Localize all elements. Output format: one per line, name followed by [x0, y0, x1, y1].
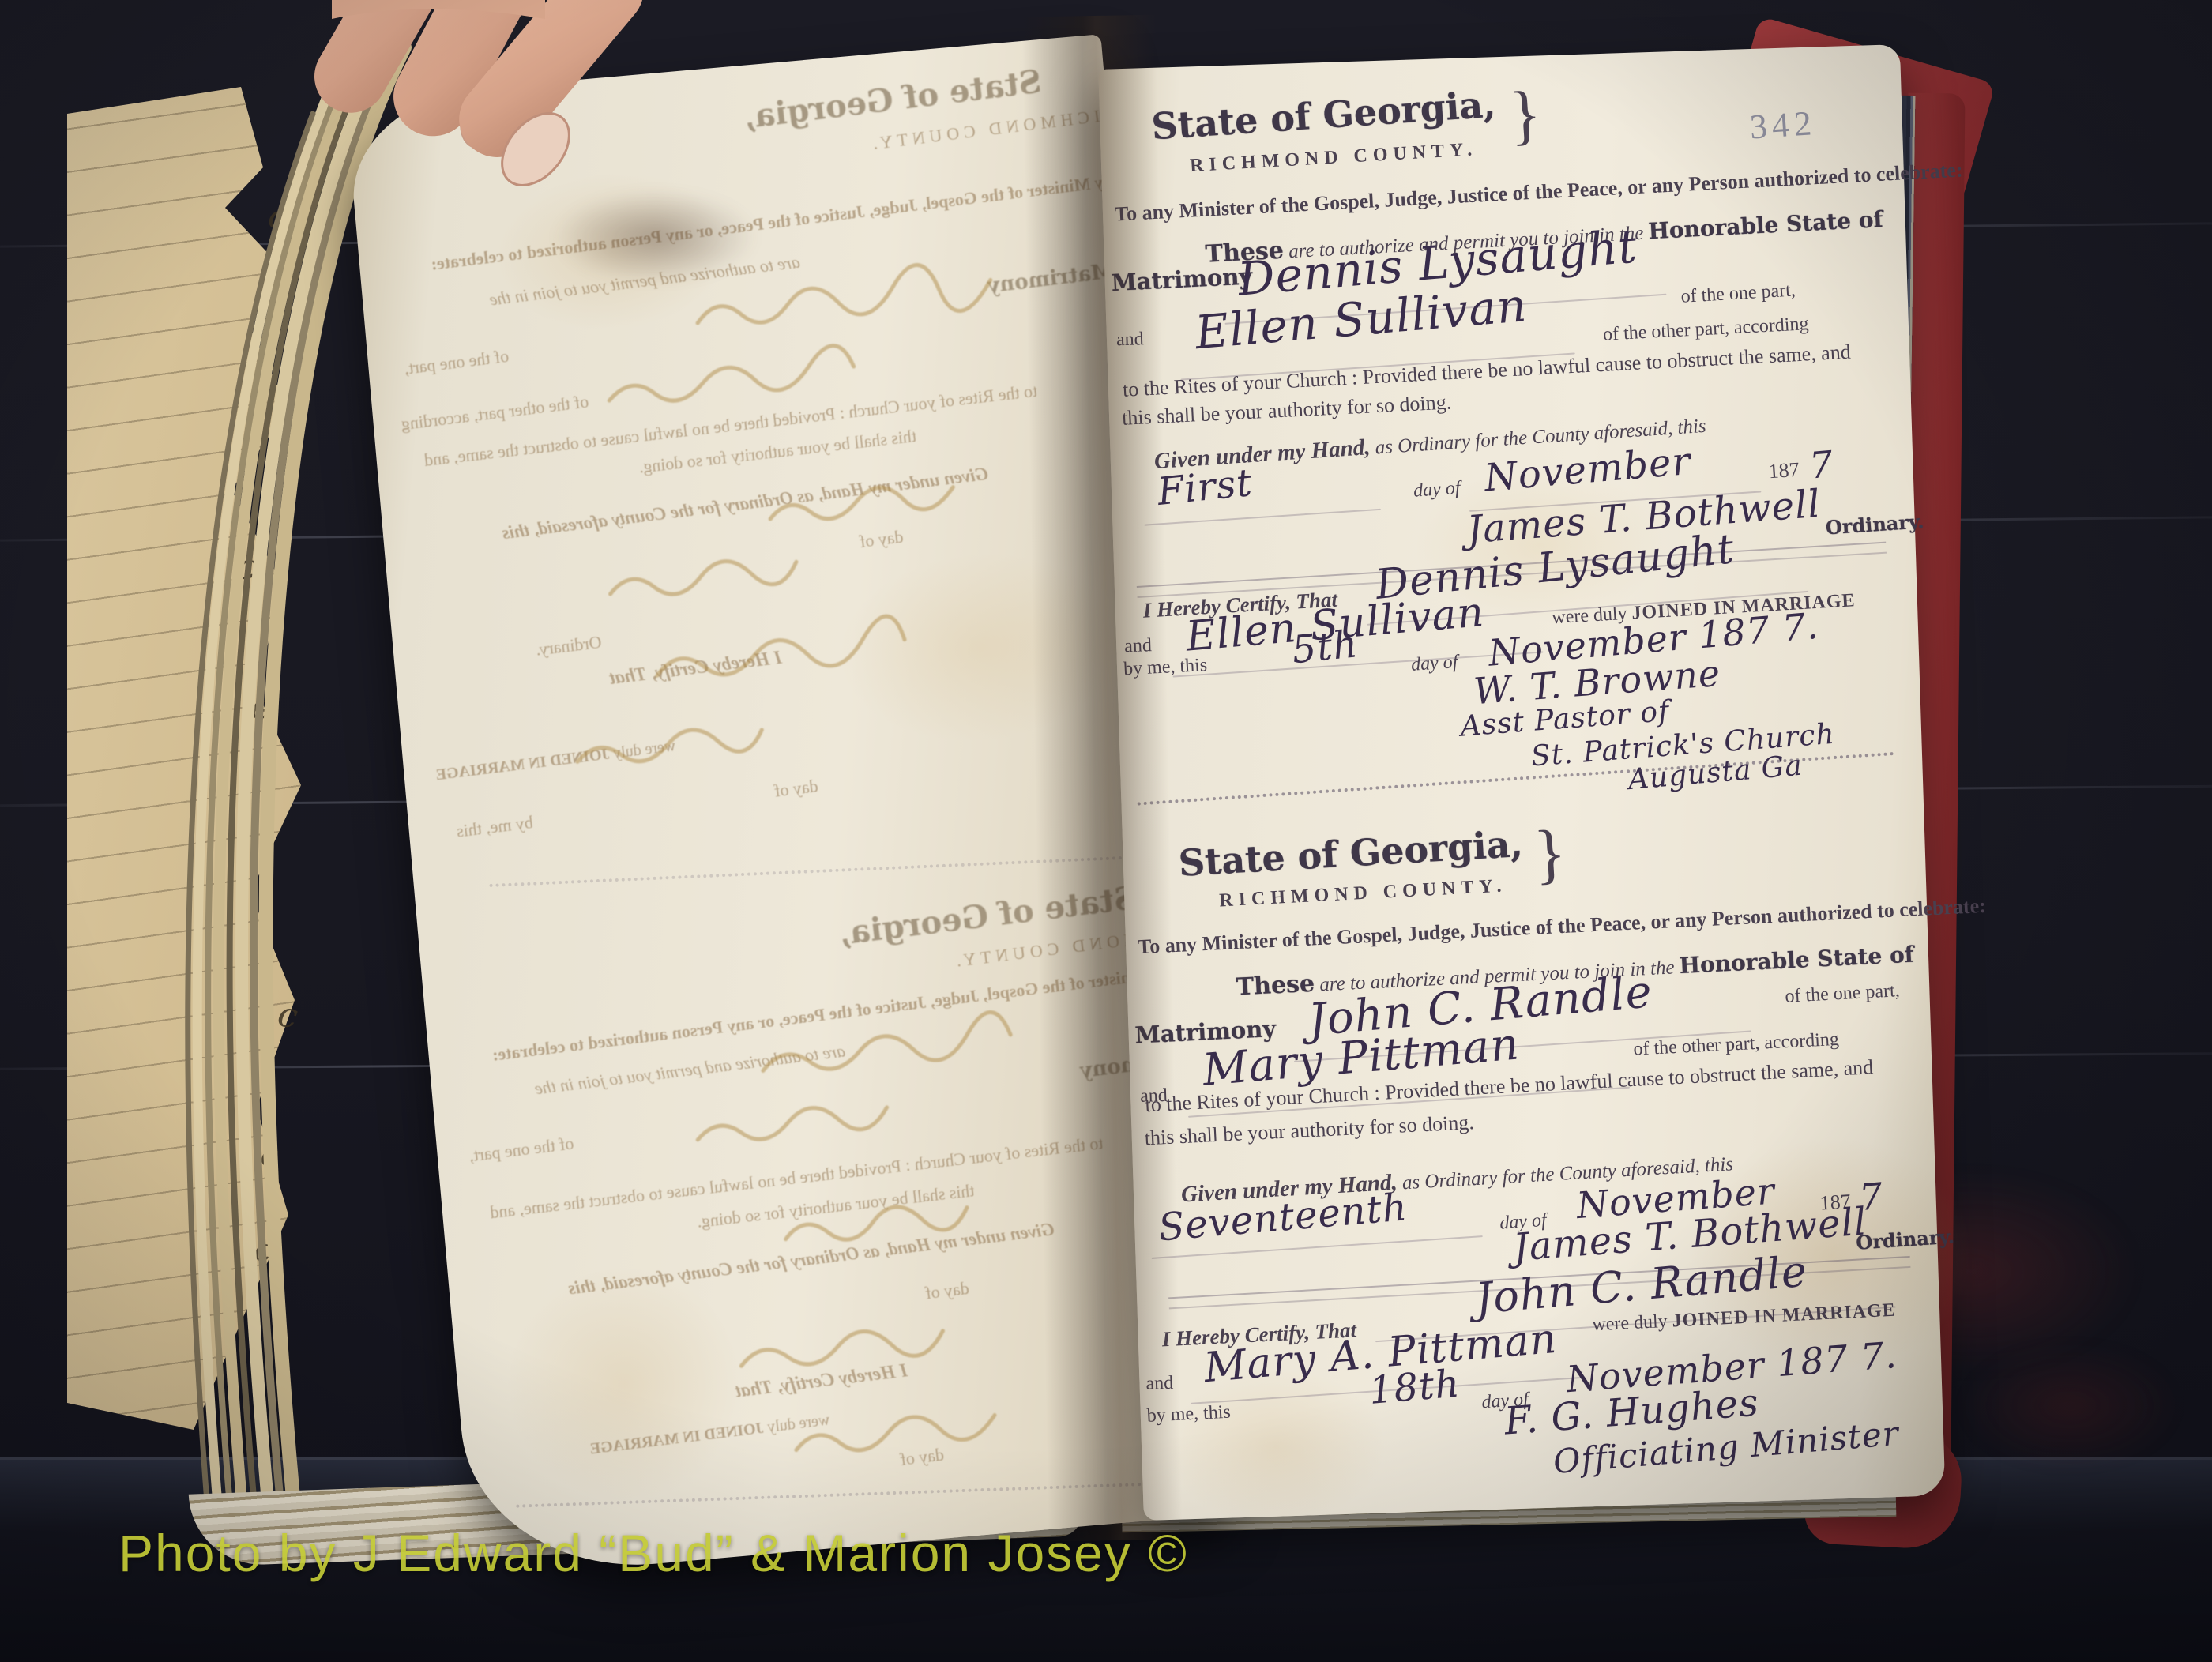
cert1-and-label: and: [1124, 635, 1152, 657]
cert1-year-hand: 7: [1808, 442, 1835, 487]
cert1-of-one-part: of the one part,: [1680, 280, 1796, 307]
cert2-of-one-part: of the one part,: [1785, 980, 1900, 1008]
cert1-by-me: by me, this: [1123, 655, 1207, 680]
photo-of-marriage-record-book: { "meta": { "page_number": "342" }, "wat…: [0, 0, 2212, 1662]
left-page: State of Georgia, RICHMOND COUNTY. To an…: [345, 34, 1230, 1580]
cert1-marriage-day: 5th: [1290, 622, 1360, 672]
cert2-of-other-part: of the other part, according: [1633, 1029, 1840, 1061]
cert1-day-of: day of: [1413, 478, 1461, 502]
cert2-header-title: State of Georgia,: [1177, 822, 1524, 885]
cert1-header-brace: }: [1507, 76, 1544, 154]
cert1-day-of: day of: [1410, 652, 1458, 676]
cert1-and-label: and: [1116, 329, 1144, 351]
cert1-ordinary-label: Ordinary.: [1825, 510, 1924, 539]
red-smudge: [1959, 1343, 2180, 1469]
cert2-by-me: by me, this: [1146, 1402, 1231, 1427]
page-stain: [1163, 1364, 1389, 1529]
cert2-and-label: and: [1145, 1373, 1173, 1395]
finger: [301, 0, 659, 198]
cert1-header-title: State of Georgia,: [1150, 83, 1497, 149]
cert1-of-other-part: of the other part, according: [1602, 314, 1809, 346]
cert2-header-brace: }: [1532, 814, 1568, 893]
page-number: 342: [1748, 103, 1817, 147]
cert2-header-county: RICHMOND COUNTY.: [1219, 875, 1507, 912]
photographer-watermark: Photo by J Edward “Bud” & Marion Josey ©: [118, 1523, 1188, 1583]
bleed-handwriting-strokes: [345, 34, 1230, 1580]
cert1-year-printed: 187: [1768, 458, 1800, 484]
hand: [284, 0, 679, 240]
cert1-matrimony-label: Matrimony: [1111, 262, 1253, 296]
right-page: State of Georgia, } 342 RICHMOND COUNTY.…: [1098, 44, 1945, 1521]
cert1-license-day: First: [1155, 461, 1255, 514]
cert2-marriage-day: 18th: [1367, 1361, 1462, 1412]
cert1-header-county: RICHMOND COUNTY.: [1189, 139, 1477, 177]
